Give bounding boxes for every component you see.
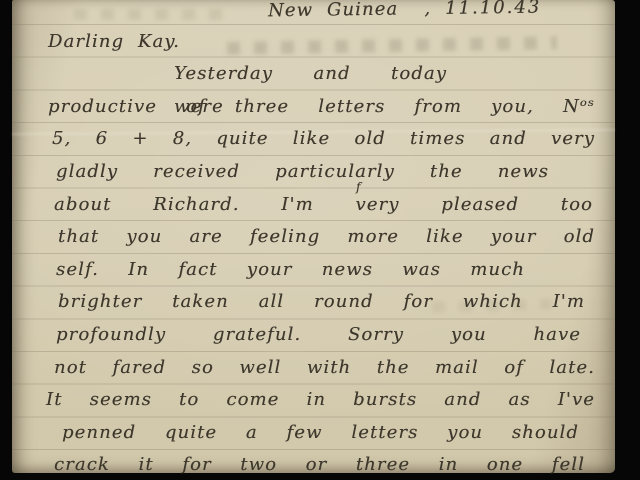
letter-line: profoundly grateful. Sorry you have: [56, 319, 581, 352]
letter-page: New Guinea , 11.10.43 Darling Kay. Yeste…: [12, 0, 615, 473]
letter-line: 5, 6 + 8, quite like old times and very: [52, 123, 595, 156]
letter-date: 11.10.43: [445, 0, 542, 25]
letter-line: penned quite a few letters you should: [62, 417, 579, 450]
letter-line: productive of three letters from you, Nᵒ…: [48, 91, 595, 124]
letter-line: about Richard. I'm very pleased too: [54, 189, 593, 222]
handwritten-text: New Guinea , 11.10.43 Darling Kay. Yeste…: [12, 0, 615, 473]
letter-heading: New Guinea , 11.10.43: [268, 0, 595, 28]
letter-line: that you are feeling more like your old: [58, 221, 595, 254]
letter-line: not fared so well with the mail of late.: [54, 352, 595, 385]
heading-separator: ,: [424, 0, 431, 26]
letter-line: Yesterday and today were: [174, 58, 447, 91]
letter-salutation: Darling Kay.: [48, 26, 595, 59]
letter-line: gladly received particularly the news f: [56, 156, 549, 189]
scan-background: New Guinea , 11.10.43 Darling Kay. Yeste…: [0, 0, 640, 480]
letter-place: New Guinea: [268, 0, 399, 28]
letter-line: crack it for two or three in one fell: [54, 449, 585, 480]
letter-line-text: gladly received particularly the news: [56, 161, 549, 182]
letter-line: It seems to come in bursts and as I've: [46, 384, 595, 417]
letter-line: brighter taken all round for which I'm: [58, 286, 585, 319]
letter-line: self. In fact your news was much: [56, 254, 525, 287]
